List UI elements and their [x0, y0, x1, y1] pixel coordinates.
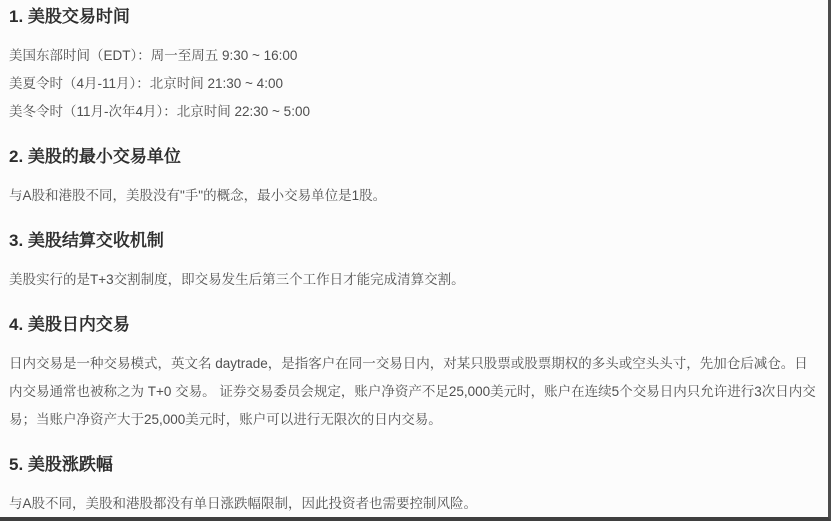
paragraph-summer-time: 美夏令时（4月-11月）：北京时间 21:30 ~ 4:00 — [9, 70, 816, 98]
paragraph-min-unit: 与A股和港股不同，美股没有"手"的概念，最小交易单位是1股。 — [9, 182, 816, 210]
section-us-trading-hours: 1. 美股交易时间 美国东部时间（EDT）：周一至周五 9:30 ~ 16:00… — [9, 6, 816, 126]
paragraph-t3-settlement: 美股实行的是T+3交割制度，即交易发生后第三个工作日才能完成清算交割。 — [9, 266, 816, 294]
section-heading: 3. 美股结算交收机制 — [9, 230, 816, 252]
section-min-trading-unit: 2. 美股的最小交易单位 与A股和港股不同，美股没有"手"的概念，最小交易单位是… — [9, 146, 816, 210]
paragraph-day-trading: 日内交易是一种交易模式，英文名 daytrade，是指客户在同一交易日内，对某只… — [9, 350, 816, 434]
section-heading: 1. 美股交易时间 — [9, 6, 816, 28]
paragraph-winter-time: 美冬令时（11月-次年4月）：北京时间 22:30 ~ 5:00 — [9, 98, 816, 126]
paragraph-edt-hours: 美国东部时间（EDT）：周一至周五 9:30 ~ 16:00 — [9, 42, 816, 70]
section-heading: 2. 美股的最小交易单位 — [9, 146, 816, 168]
section-price-limit: 5. 美股涨跌幅 与A股不同，美股和港股都没有单日涨跌幅限制，因此投资者也需要控… — [9, 454, 816, 518]
article-page: 1. 美股交易时间 美国东部时间（EDT）：周一至周五 9:30 ~ 16:00… — [0, 0, 831, 521]
section-settlement: 3. 美股结算交收机制 美股实行的是T+3交割制度，即交易发生后第三个工作日才能… — [9, 230, 816, 294]
section-heading: 5. 美股涨跌幅 — [9, 454, 816, 476]
section-day-trading: 4. 美股日内交易 日内交易是一种交易模式，英文名 daytrade，是指客户在… — [9, 314, 816, 434]
section-heading: 4. 美股日内交易 — [9, 314, 816, 336]
paragraph-price-limit: 与A股不同，美股和港股都没有单日涨跌幅限制，因此投资者也需要控制风险。 — [9, 490, 816, 518]
